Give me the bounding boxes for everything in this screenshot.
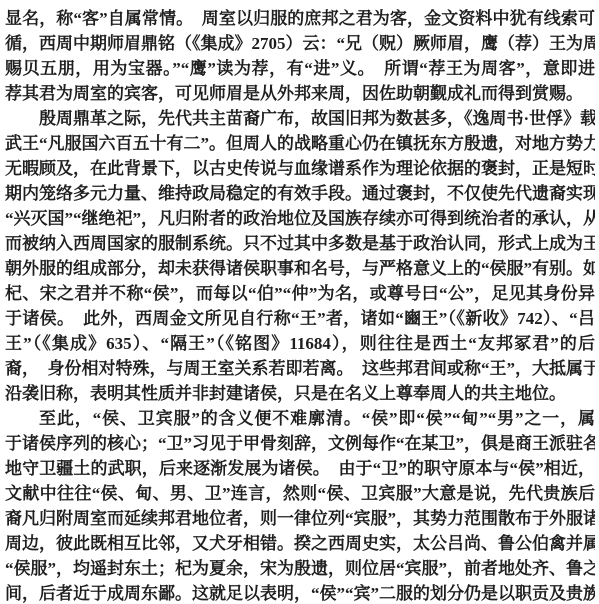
text-line: 王”（《集成》635）、“隔王”（《铭图》11684），则往往是西土“友邦冢君”… bbox=[5, 331, 595, 356]
text-line: 赐贝五朋，用为宝器。”“鹰”读为荐，有“进”义。 所谓“荐王为周客”，意即进 bbox=[5, 56, 595, 81]
text-line: 武王“凡服国六百五十有二”。但周人的战略重心仍在镇抚东方殷遗，对地方势力 bbox=[5, 131, 595, 156]
text-line: 至此，“侯、卫宾服”的含义便不难廓清。“侯”即“侯”“甸”“男”之一，属 bbox=[5, 406, 595, 431]
text-line: 于诸侯序列的核心；“卫”习见于甲骨刻辞，文例每作“在某卫”，俱是商王派驻各 bbox=[5, 431, 595, 456]
text-line: 显名，称“客”自属常情。 周室以归服的庶邦之君为客，金文资料中犹有线索可 bbox=[5, 6, 595, 31]
text-line: 裔， 身份相对特殊，与周王室关系若即若离。 这些邦君间或称“王”，大抵属于 bbox=[5, 356, 595, 381]
text-line: “兴灭国”“继绝祀”，凡归附者的政治地位及国族存续亦可得到统治者的承认，从 bbox=[5, 206, 595, 231]
text-line: 期内笼络多元力量、维持政局稳定的有效手段。通过褒封，不仅使先代遗裔实现 bbox=[5, 181, 595, 206]
text-line: 沿袭旧称，表明其性质并非封建诸侯，只是在名义上尊奉周人的共主地位。 bbox=[5, 381, 595, 406]
text-line: 地守卫疆土的武职，后来逐渐发展为诸侯。 由于“卫”的职守原本与“侯”相近， bbox=[5, 456, 595, 481]
paragraph-continuation: 显名，称“客”自属常情。 周室以归服的庶邦之君为客，金文资料中犹有线索可 循，西… bbox=[5, 6, 595, 106]
text-line: 殷周鼎革之际，先代共主苗裔广布，故国旧邦为数甚多，《逸周书·世俘》载 bbox=[5, 106, 595, 131]
text-line: 循，西周中期师眉鼎铭（《集成》2705）云：“兄（贶）厥师眉，鹰（荐）王为周客。 bbox=[5, 31, 595, 56]
text-line: 于诸侯。 此外，西周金文所见自行称“王”者，诸如“豳王”（《新收》742）、“吕 bbox=[5, 306, 595, 331]
text-line: 朝外服的组成部分，却未获得诸侯职事和名号，与严格意义上的“侯服”有别。如 bbox=[5, 256, 595, 281]
document-page: 显名，称“客”自属常情。 周室以归服的庶邦之君为客，金文资料中犹有线索可 循，西… bbox=[0, 0, 599, 604]
text-line: “侯服”，均遥封东土；杞为夏余，宋为殷遗，则位居“宾服”，前者地处齐、鲁之 bbox=[5, 556, 595, 581]
text-line: 杞、宋之君并不称“侯”，而每以“伯”“仲”为名，或尊号曰“公”，足见其身份异 bbox=[5, 281, 595, 306]
text-line: 间，后者近于成周东鄙。这就足以表明，“侯”“宾”二服的划分仍是以职贡及贵族 bbox=[5, 581, 595, 604]
text-line: 无暇顾及，在此背景下，以古史传说与血缘谱系作为理论依据的褒封，正是短时 bbox=[5, 156, 595, 181]
text-line: 荐其君为周室的宾客，可见师眉是从外邦来周，因佐助朝觐成礼而得到赏赐。 bbox=[5, 81, 595, 106]
text-line: 而被纳入西周国家的服制系统。只不过其中多数是基于政治认同，形式上成为王 bbox=[5, 231, 595, 256]
text-line: 裔凡归附周室而延续邦君地位者，则一律位列“宾服”，其势力范围散布于外服诸侯 bbox=[5, 506, 595, 531]
paragraph-body-1: 殷周鼎革之际，先代共主苗裔广布，故国旧邦为数甚多，《逸周书·世俘》载 武王“凡服… bbox=[5, 106, 595, 406]
paragraph-body-2: 至此，“侯、卫宾服”的含义便不难廓清。“侯”即“侯”“甸”“男”之一，属 于诸侯… bbox=[5, 406, 595, 604]
text-line: 周边，彼此既相互比邻，又犬牙相错。揆之西周史实，太公吕尚、鲁公伯禽并属 bbox=[5, 531, 595, 556]
text-line: 文献中往往“侯、甸、男、卫”连言，然则“侯、卫宾服”大意是说，先代贵族后 bbox=[5, 481, 595, 506]
